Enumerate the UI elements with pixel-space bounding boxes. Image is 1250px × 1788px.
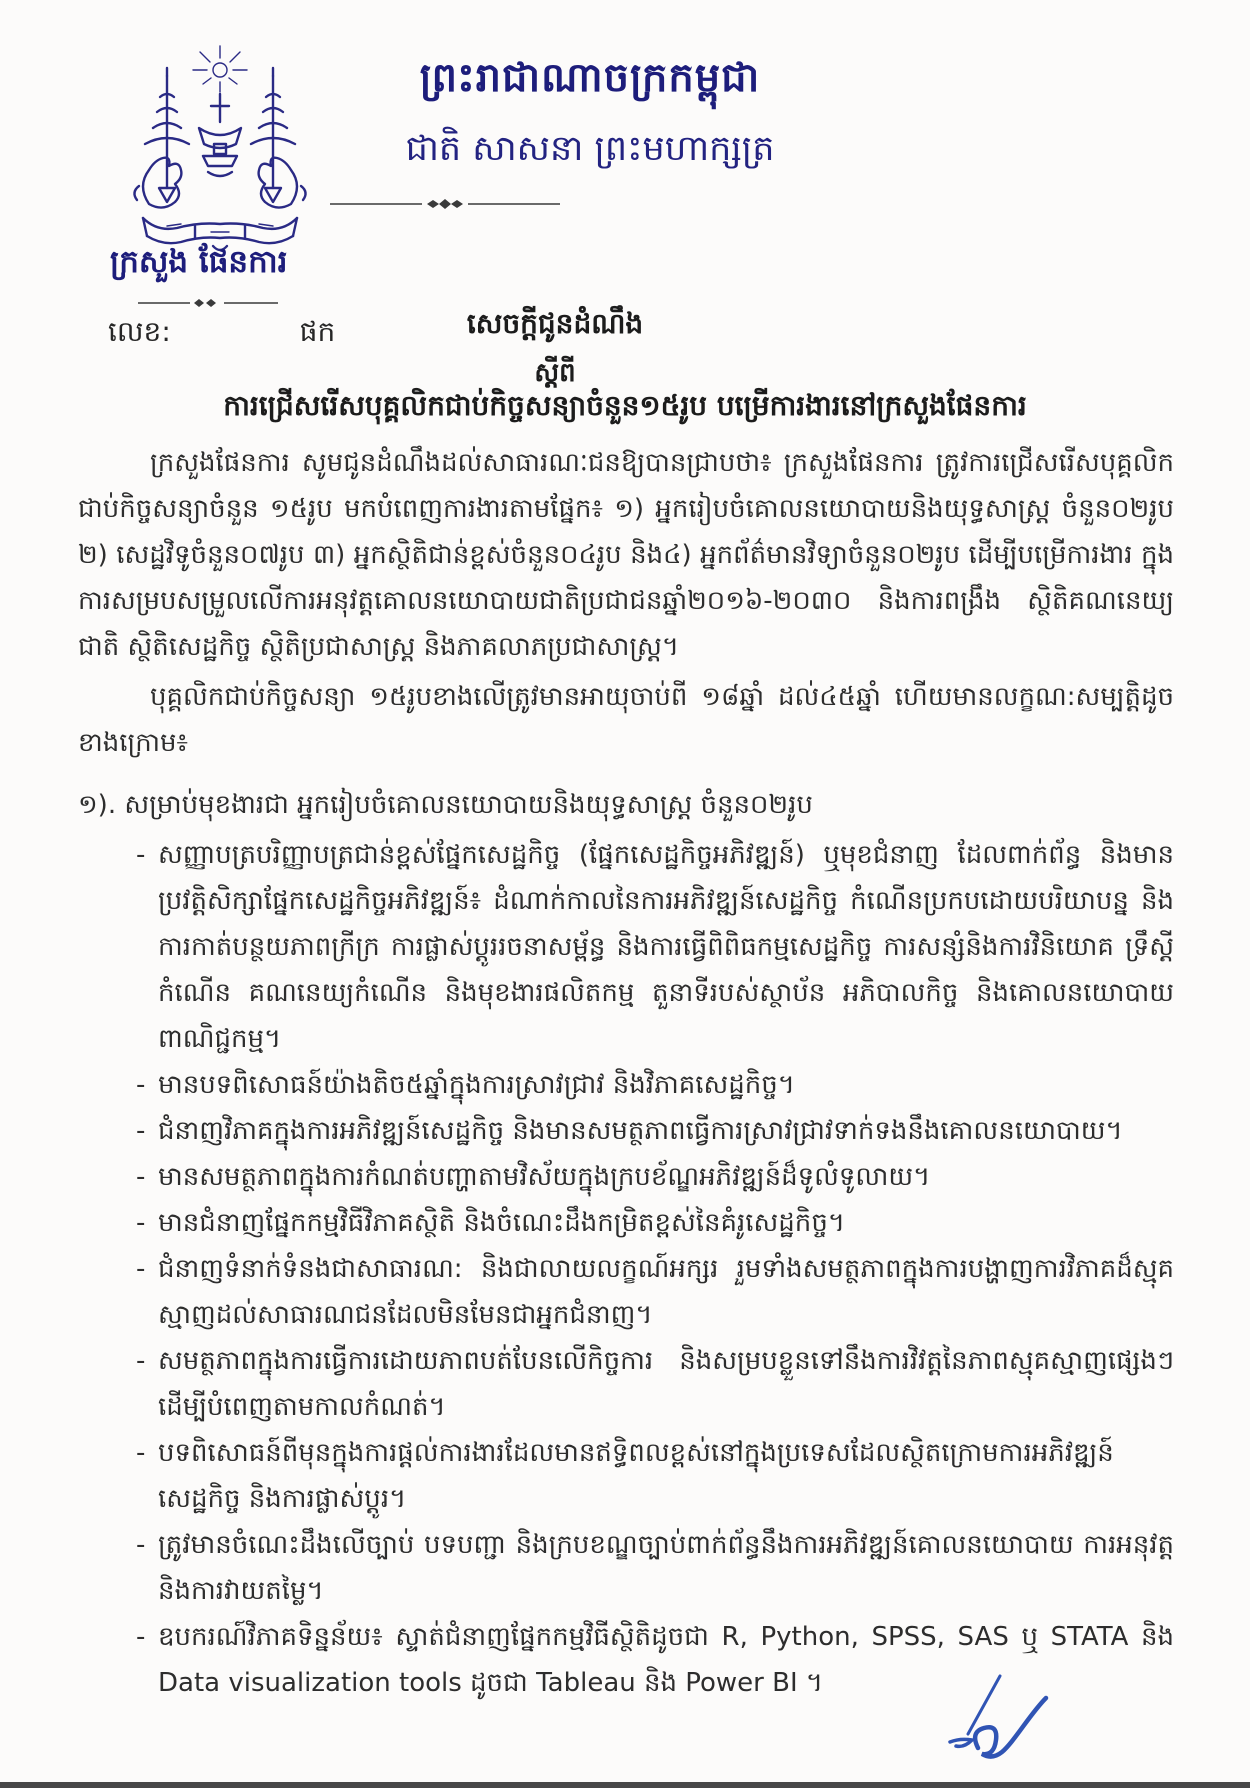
requirement-item: សមត្ថភាពក្នុងការធ្វើការដោយភាពបត់បែនលើកិច… [134,1338,1174,1430]
ministry-block: ក្រសួង ផែនការ [110,243,390,308]
section-1-heading: ១). សម្រាប់មុខងារជា អ្នករៀបចំគោលនយោបាយនិ… [78,782,1174,828]
royal-arms-emblem [115,36,325,264]
reference-row: លេខ: ផក [108,314,335,355]
requirement-item: មានសមត្ថភាពក្នុងការកំណត់បញ្ហាតាមវិស័យក្ន… [134,1154,1174,1200]
requirement-item: សញ្ញាបត្របរិញ្ញាបត្រជាន់ខ្ពស់ផ្នែកសេដ្ឋក… [134,832,1174,1062]
requirement-item: ជំនាញវិភាគក្នុងការអភិវឌ្ឍន៍សេដ្ឋកិច្ច និ… [134,1108,1174,1154]
royal-arms-icon [115,36,325,264]
document-header: ព្រះរាជាណាចក្រកម្ពុជា ជាតិ សាសនា ព្រះមហា… [330,52,850,210]
reference-code: ផក [300,314,336,355]
kingdom-title: ព្រះរាជាណាចក្រកម្ពុជា [330,52,850,111]
kingdom-motto: ជាតិ សាសនា ព្រះមហាក្សត្រ [330,127,850,178]
requirement-item: ត្រូវមានចំណេះដឹងលើច្បាប់ បទបញ្ជា និងក្រប… [134,1522,1174,1614]
scanned-announcement-document: ព្រះរាជាណាចក្រកម្ពុជា ជាតិ សាសនា ព្រះមហា… [0,0,1250,1788]
paragraph-announcement: ក្រសួងផែនការ សូមជូនដំណឹងដល់សាធារណៈជនឱ្យប… [78,440,1174,670]
document-title: ការជ្រើសរើសបុគ្គលិកជាប់កិច្ចសន្យាចំនួន១៥… [60,386,1190,426]
signature-initials [938,1668,1078,1773]
requirement-item: មានជំនាញផ្នែកកម្មវិធីវិភាគស្ថិតិ និងចំណេ… [134,1200,1174,1246]
ministry-ornament-divider [138,298,390,308]
signature-icon [938,1668,1078,1773]
requirements-list: សញ្ញាបត្របរិញ្ញាបត្រជាន់ខ្ពស់ផ្នែកសេដ្ឋក… [134,832,1174,1706]
document-type-block: សេចក្តីជូនដំណឹង ស្តីពី [380,306,730,394]
document-body: ក្រសួងផែនការ សូមជូនដំណឹងដល់សាធារណៈជនឱ្យប… [78,440,1174,1706]
requirement-item: មានបទពិសោធន៍យ៉ាងតិច៥ឆ្នាំក្នុងការស្រាវជ្… [134,1062,1174,1108]
requirement-item: ជំនាញទំនាក់ទំនងជាសាធារណ: និងជាលាយលក្ខណ៍អ… [134,1246,1174,1338]
header-ornament-divider [330,198,850,210]
scan-bottom-edge [0,1782,1250,1788]
reference-number-label: លេខ: [108,314,171,355]
paragraph-age-requirement: បុគ្គលិកជាប់កិច្ចសន្យា ១៥រូបខាងលើត្រូវមា… [78,674,1174,766]
ministry-name: ក្រសួង ផែនការ [110,243,390,288]
document-type: សេចក្តីជូនដំណឹង [380,306,730,347]
requirement-item: បទពិសោធន៍ពីមុនក្នុងការផ្តល់ការងារដែលមានឥ… [134,1430,1174,1522]
